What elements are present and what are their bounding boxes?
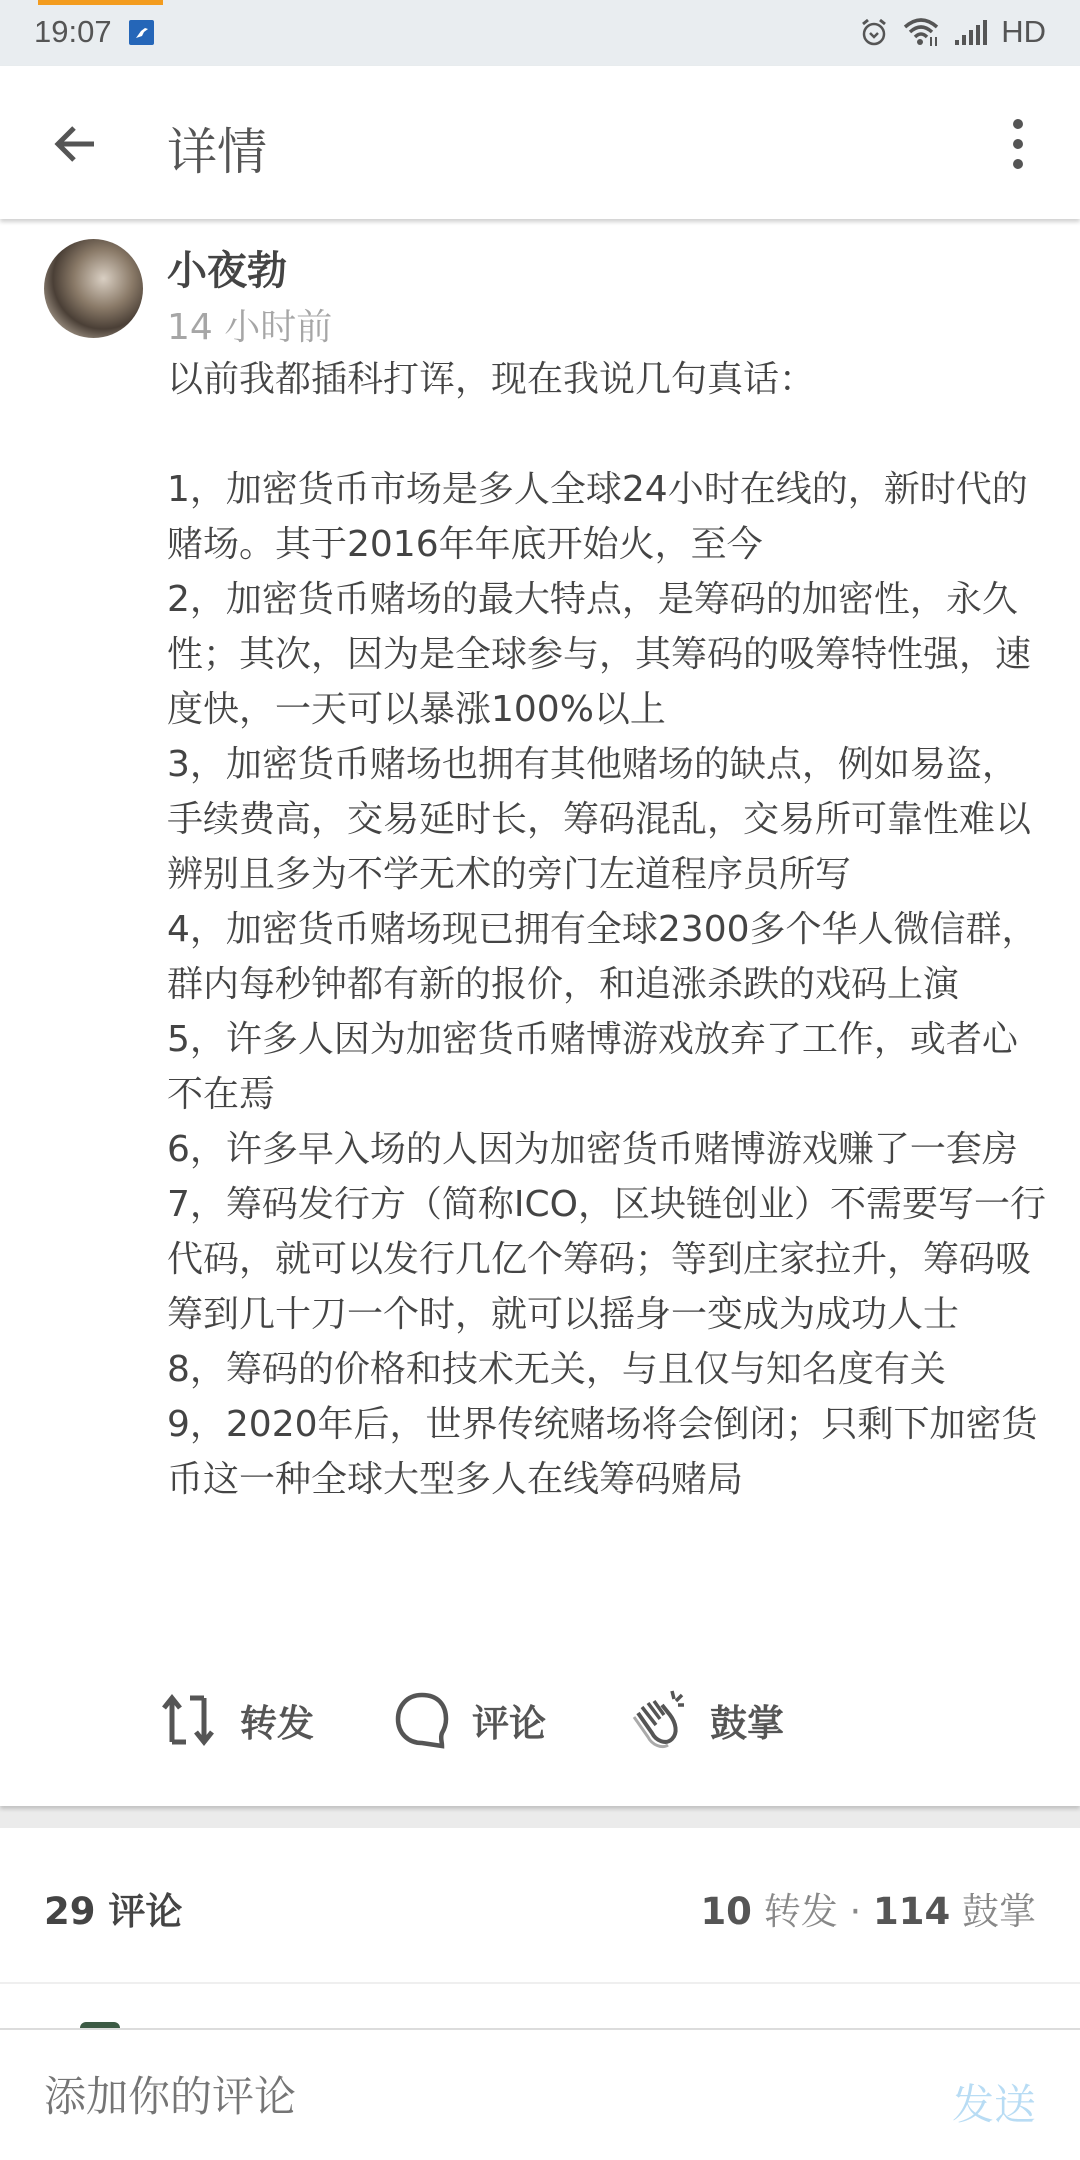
section-divider: [0, 1806, 1080, 1828]
more-options-button[interactable]: [1000, 116, 1036, 172]
comment-count-label: 评论: [108, 1890, 182, 1933]
post-actions: 转发 评论 鼓掌: [160, 1689, 864, 1751]
engagement-stats: 10 转发 · 114 鼓掌: [700, 1881, 1036, 1935]
avatar[interactable]: [44, 239, 143, 338]
post-content: 以前我都插科打诨，现在我说几句真话： 1，加密货币市场是多人全球24小时在线的，…: [167, 352, 1047, 1507]
comment-input[interactable]: [44, 2072, 844, 2121]
clap-count-label: 鼓掌: [962, 1890, 1036, 1933]
stats-row: 29 评论 10 转发 · 114 鼓掌: [0, 1828, 1080, 1984]
wifi-icon: [903, 17, 941, 47]
repost-button[interactable]: 转发: [160, 1692, 314, 1748]
comment-button[interactable]: 评论: [394, 1691, 546, 1749]
send-button[interactable]: 发送: [952, 2072, 1036, 2132]
repost-icon: [160, 1692, 218, 1748]
author-name[interactable]: 小夜勃: [167, 239, 287, 296]
signal-icon: [955, 18, 987, 46]
comment-label: 评论: [472, 1693, 546, 1747]
clap-label: 鼓掌: [710, 1693, 784, 1747]
status-indicators: HD: [859, 14, 1046, 50]
back-button[interactable]: [48, 116, 104, 172]
stats-separator: ·: [849, 1890, 861, 1933]
repost-label: 转发: [240, 1693, 314, 1747]
repost-count: 10: [700, 1890, 752, 1933]
app-notification-icon: [129, 20, 154, 45]
app-toolbar: 详情: [0, 66, 1080, 219]
comment-count-value: 29: [44, 1890, 96, 1933]
status-bar: 19:07 HD: [0, 0, 1080, 66]
page-title: 详情: [167, 112, 267, 184]
comment-input-bar: 发送: [0, 2028, 1080, 2160]
status-time: 19:07: [34, 14, 112, 50]
comment-icon: [394, 1691, 450, 1749]
alarm-icon: [859, 17, 889, 47]
network-type: HD: [1001, 14, 1046, 50]
post-timestamp: 14 小时前: [167, 299, 332, 350]
repost-count-label: 转发: [764, 1890, 838, 1933]
post-card: 小夜勃 14 小时前 以前我都插科打诨，现在我说几句真话： 1，加密货币市场是多…: [0, 219, 1080, 1806]
clap-count: 114: [873, 1890, 950, 1933]
comment-count[interactable]: 29 评论: [44, 1881, 182, 1935]
clap-button[interactable]: 鼓掌: [626, 1689, 784, 1751]
notification-accent-bar: [38, 0, 163, 5]
clap-icon: [626, 1689, 688, 1751]
